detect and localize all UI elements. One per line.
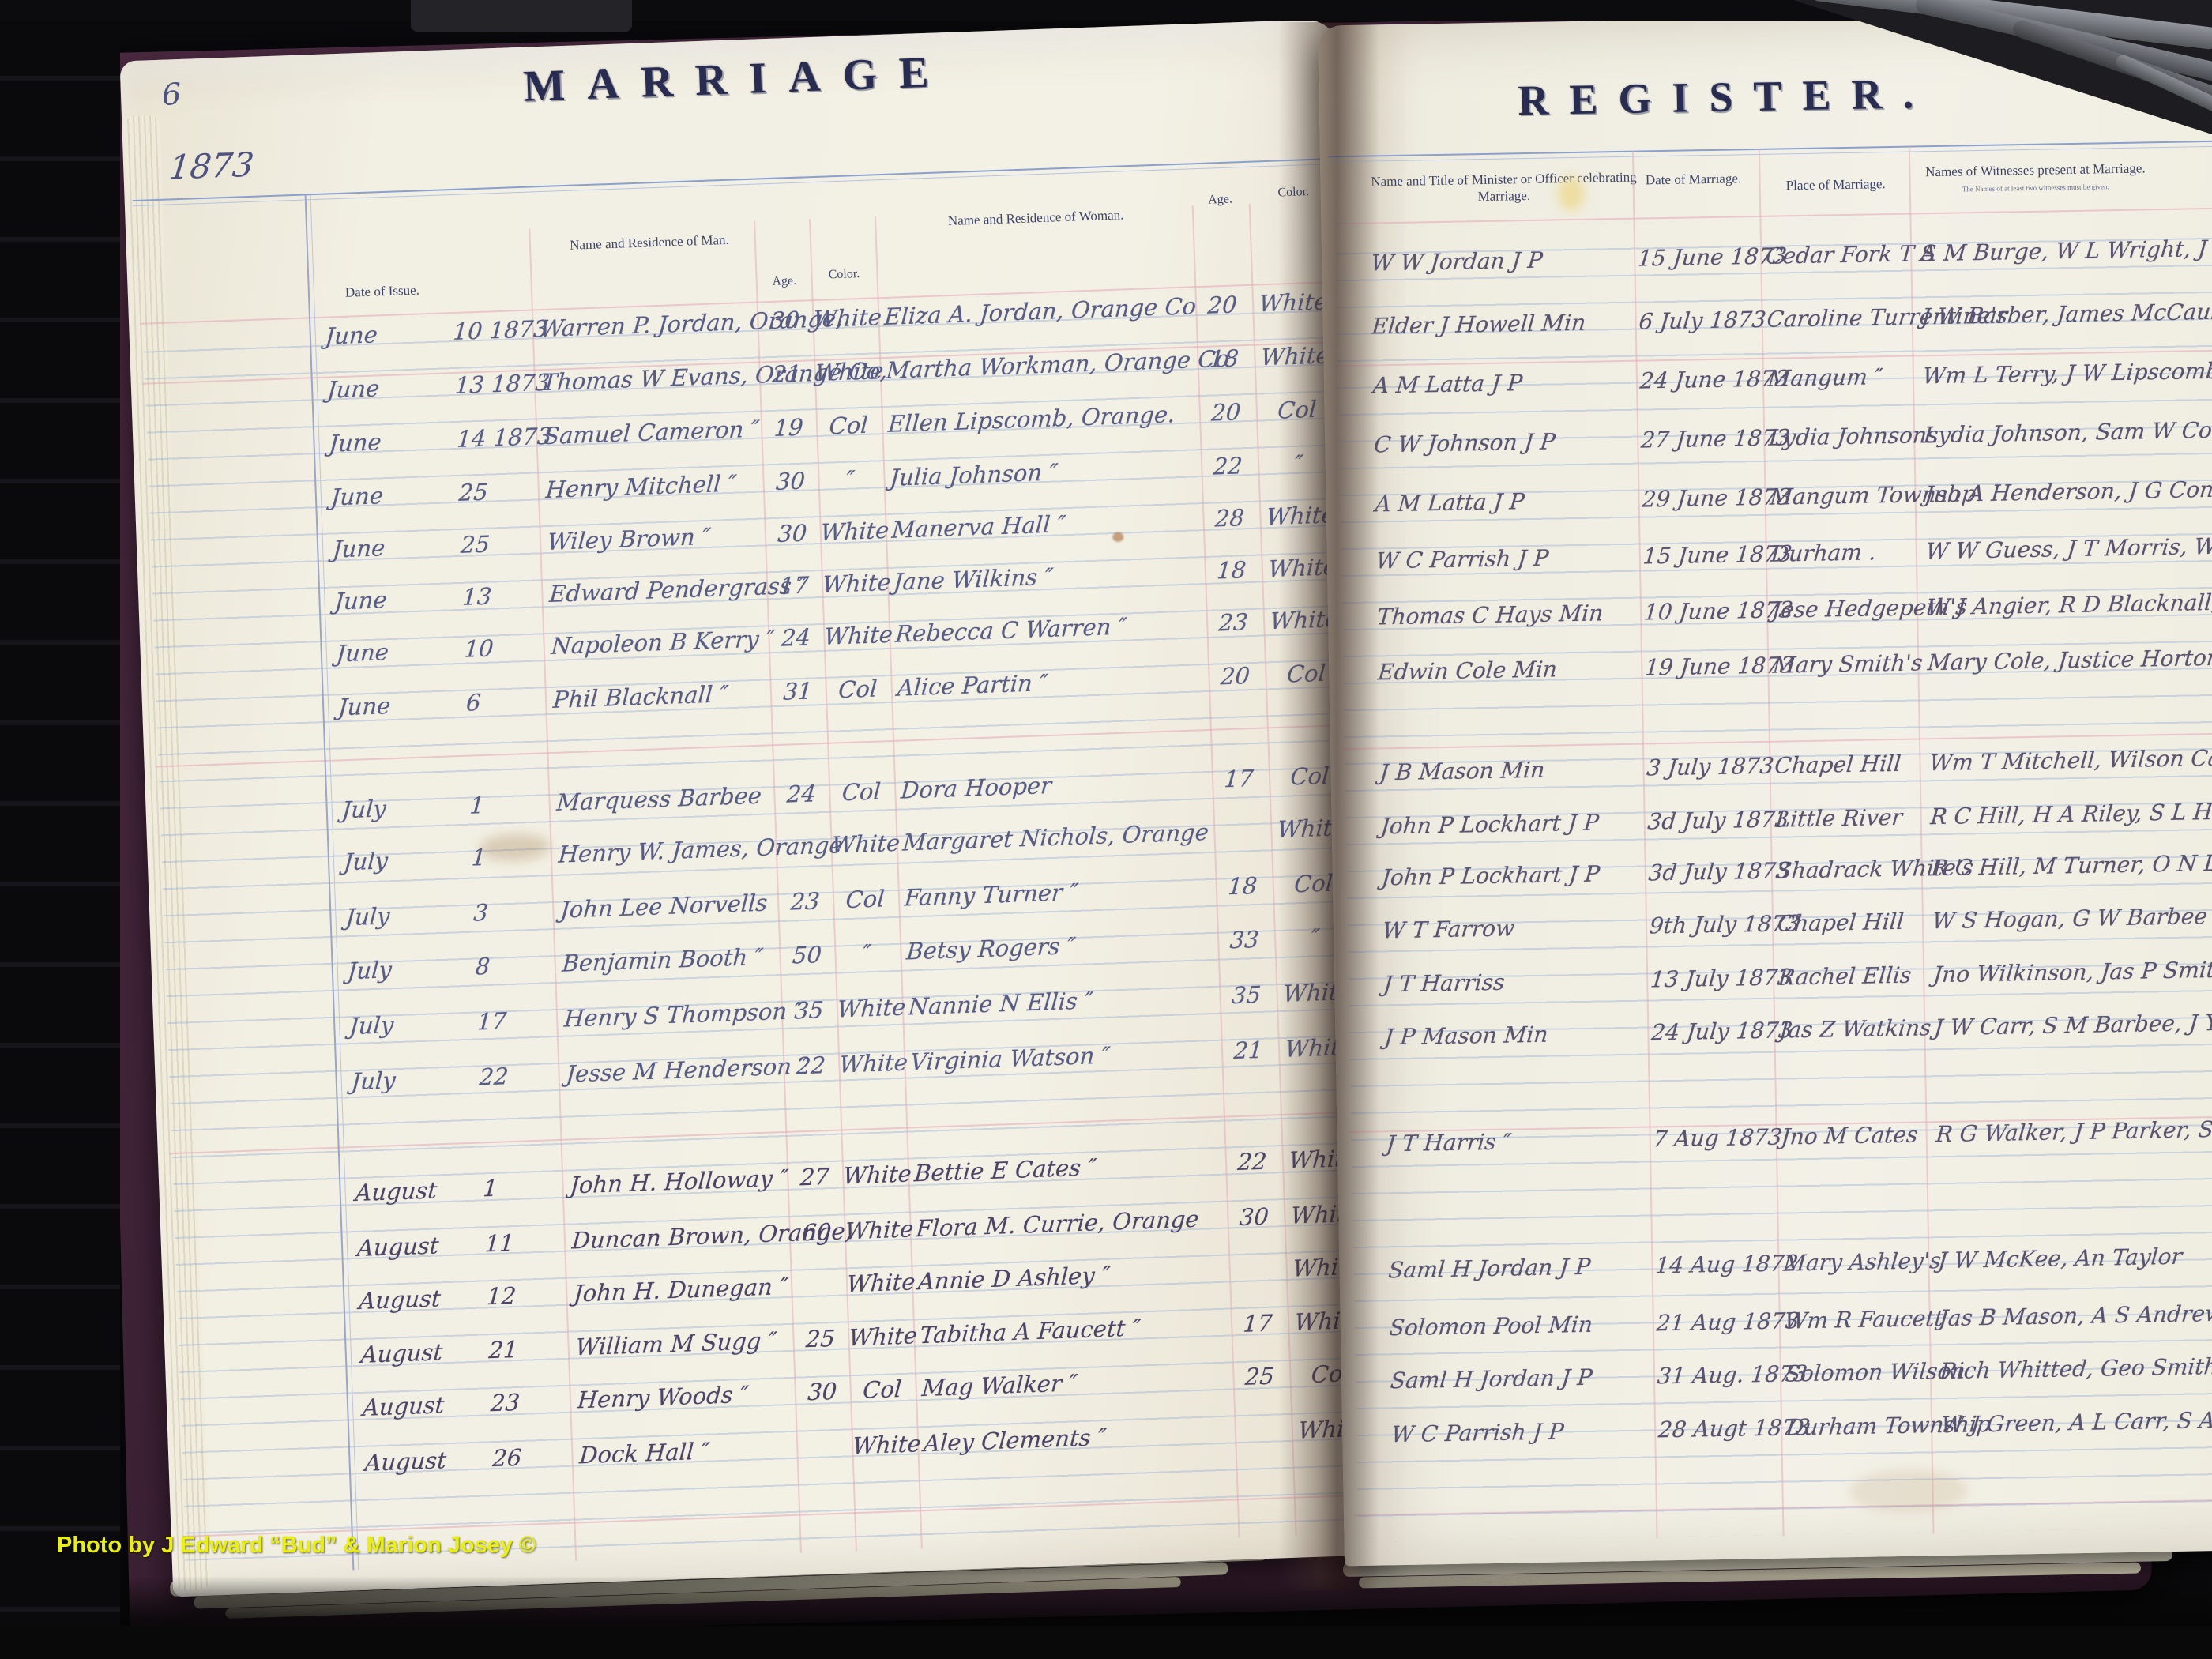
- entry-minister: A M Latta J P: [1374, 488, 1525, 517]
- entry-man-age: 17: [768, 571, 820, 600]
- entry-man-color: White: [812, 303, 877, 333]
- entry-marriage-date: 21 Aug 1873: [1655, 1307, 1800, 1336]
- entry-issue-month: August: [363, 1446, 447, 1477]
- entry-man-age: 31: [772, 677, 824, 705]
- entry-issue-month: June: [332, 534, 386, 562]
- entry-witnesses: A M Burge, W L Wright, J W Jordan: [1920, 234, 2212, 267]
- entry-man-color: ″: [834, 939, 899, 968]
- register-entry-row: W W Jordan J P15 June 1873Cedar Fork T S…: [1322, 235, 2212, 286]
- entry-issue-day: 12: [486, 1282, 517, 1310]
- right-page: REGISTER. Name and Title of Minister or …: [1318, 9, 2212, 1567]
- left-page-title: MARRIAGE: [522, 47, 951, 112]
- entry-minister: John P Lockhart J P: [1380, 861, 1601, 891]
- header-rule: [133, 158, 1340, 201]
- entry-woman-age: 18: [1196, 344, 1251, 373]
- page-number: 6: [161, 77, 182, 112]
- entry-marriage-place: Little River: [1774, 804, 1903, 833]
- entry-marriage-date: 7 Aug 1873: [1652, 1124, 1783, 1153]
- entry-marriage-place: Lydia Johnsons: [1768, 422, 1939, 451]
- entry-man-color: White: [822, 569, 886, 598]
- entry-man-color: Col: [816, 411, 881, 440]
- entry-man-color: White: [838, 1049, 903, 1078]
- entry-man-name: Dock Hall ″: [578, 1438, 710, 1469]
- page-stain: [1849, 1469, 1968, 1514]
- entry-issue-day: 10 1873: [453, 315, 549, 345]
- column-header-man-age: Age.: [772, 273, 796, 290]
- entry-man-name: John H. Dunegan ″: [573, 1273, 789, 1307]
- entry-issue-month: June: [336, 638, 390, 667]
- entry-woman-name: Julia Johnson ″: [889, 458, 1059, 491]
- entry-man-color: White: [837, 994, 901, 1023]
- entry-woman-name: Aley Clements ″: [923, 1424, 1108, 1457]
- entry-witnesses: Mary Cole, Justice Horton, Allis Co: [1927, 643, 2212, 676]
- entry-issue-day: 1: [468, 792, 485, 819]
- entry-man-name: Henry Mitchell ″: [545, 470, 738, 504]
- entry-woman-age: 28: [1202, 504, 1257, 532]
- entry-marriage-place: Cedar Fork T S: [1765, 240, 1938, 269]
- entry-minister: J T Harris ″: [1385, 1129, 1512, 1157]
- column-header-man: Name and Residence of Man.: [570, 231, 729, 254]
- entry-man-color: White: [852, 1430, 916, 1459]
- entry-woman-name: Betsy Rogers ″: [905, 932, 1077, 965]
- entry-man-name: John Lee Norvells: [559, 890, 768, 924]
- register-entry-row: Saml H Jordan J P31 Aug. 1873Solomon Wil…: [1341, 1352, 2212, 1403]
- entry-man-color: White: [848, 1322, 912, 1351]
- entry-woman-age: 22: [1200, 452, 1255, 480]
- header-underline: [1332, 207, 2212, 225]
- entry-witnesses: W J Angier, R D Blacknall, D A Job: [1926, 588, 2212, 621]
- entry-woman-age: 17: [1230, 1309, 1285, 1337]
- register-entry-row: J B Mason Min3 July 1873Chapel HillWm T …: [1330, 744, 2212, 796]
- column-header-woman: Name and Residence of Woman.: [948, 206, 1124, 229]
- column-header-man-color: Color.: [828, 266, 860, 283]
- entry-issue-day: 25: [458, 479, 489, 506]
- entry-woman-name: Martha Workman, Orange Co: [886, 345, 1231, 384]
- entry-woman-age: 17: [1211, 764, 1266, 792]
- register-entry-row: Elder J Howell Min6 July 1873Caroline Tu…: [1322, 298, 2212, 349]
- year-annotation: 1873: [167, 145, 256, 187]
- entry-marriage-date: 24 July 1873: [1650, 1017, 1794, 1045]
- entry-woman-name: Nannie N Ellis ″: [908, 987, 1094, 1020]
- entry-issue-day: 1: [482, 1175, 498, 1202]
- entry-woman-name: Bettie E Cates ″: [913, 1153, 1097, 1187]
- entry-issue-day: 6: [465, 689, 482, 717]
- entry-issue-month: August: [362, 1391, 446, 1421]
- entry-man-age: 24: [769, 623, 822, 652]
- entry-minister: Saml H Jordan J P: [1387, 1254, 1591, 1284]
- register-entry-row: W C Parrish J P15 June 1873Durham .W W G…: [1327, 532, 2212, 584]
- entry-marriage-place: Jas Z Watkins: [1778, 1014, 1932, 1043]
- entry-man-name: William M Sugg ″: [575, 1326, 778, 1360]
- entry-witnesses: W W Guess, J T Morris, W Pendergrass: [1924, 531, 2212, 565]
- entry-minister: W C Parrish J P: [1375, 545, 1549, 574]
- entry-witnesses: W S Hogan, G W Barbee: [1932, 903, 2209, 934]
- entry-woman-age: 21: [1221, 1036, 1276, 1064]
- entry-man-age: 30: [764, 467, 816, 495]
- entry-minister: Elder J Howell Min: [1371, 310, 1586, 340]
- entry-man-color: White: [831, 829, 896, 859]
- entry-minister: Saml H Jordan J P: [1390, 1364, 1593, 1394]
- entry-witnesses: Jno Wilkinson, Jas P Smith, Elizabeth C: [1932, 954, 2212, 987]
- entry-marriage-date: 6 July 1873: [1638, 307, 1767, 335]
- section-rule: [182, 1494, 1385, 1537]
- entry-issue-month: June: [325, 321, 379, 349]
- entry-woman-name: Rebecca C Warren ″: [894, 612, 1128, 647]
- entry-man-age: 35: [783, 996, 835, 1025]
- entry-issue-month: August: [355, 1176, 438, 1206]
- entry-witnesses: Lydia Johnson, Sam W Couton, Martha: [1923, 415, 2212, 449]
- entry-issue-day: 17: [476, 1007, 507, 1035]
- page-stain: [1557, 176, 1585, 212]
- entry-witnesses: R C Hill, H A Riley, S L Hill: [1929, 799, 2212, 830]
- entry-minister: John P Lockhart J P: [1379, 810, 1600, 840]
- entry-witnesses: J W Barber, James McCauley: [1920, 298, 2212, 329]
- entry-man-name: Henry W. James, Orange: [558, 831, 844, 868]
- entry-issue-day: 25: [460, 531, 491, 559]
- entry-marriage-place: Wm R Faucett: [1783, 1305, 1944, 1334]
- entry-man-age: 60: [791, 1217, 843, 1246]
- entry-man-name: Henry Woods ″: [577, 1381, 750, 1414]
- entry-man-age: 27: [788, 1163, 841, 1191]
- register-entry-row: Thomas C Hays Min10 June 1873Jese Hedgep…: [1328, 589, 2212, 640]
- background-top-object: [411, 0, 632, 32]
- entry-woman-age: 23: [1206, 608, 1261, 637]
- entry-minister: W T Farrow: [1382, 915, 1516, 943]
- register-entry-row: Solomon Pool Min21 Aug 1873Wm R FaucettJ…: [1341, 1299, 2212, 1350]
- left-page: 6 MARRIAGE 1873 Date of Issue. Name and …: [120, 19, 1394, 1597]
- entry-minister: J T Harriss: [1382, 969, 1506, 998]
- column-header-woman-age: Age.: [1208, 192, 1232, 209]
- entry-witnesses: Rich Whitted, Geo Smith, Sol W: [1939, 1352, 2212, 1384]
- register-entry-row: W C Parrish J P28 Augt 1873Durham Townsh…: [1342, 1405, 2212, 1457]
- entry-marriage-date: 13 July 1873: [1650, 964, 1793, 992]
- entry-man-age: [799, 1432, 849, 1434]
- entry-man-age: 23: [779, 887, 831, 916]
- column-header-date-of-marriage: Date of Marriage.: [1634, 170, 1752, 189]
- entry-minister: Thomas C Hays Min: [1376, 600, 1604, 630]
- entry-woman-name: Manerva Hall ″: [891, 510, 1067, 544]
- entry-marriage-place: Chapel Hill: [1774, 750, 1902, 779]
- entry-man-name: Marquess Barbee: [555, 782, 762, 816]
- entry-woman-name: Tabitha A Faucett ″: [919, 1314, 1142, 1349]
- entry-minister: Solomon Pool Min: [1388, 1311, 1593, 1341]
- entry-marriage-date: 3d July 1873: [1646, 806, 1790, 834]
- entry-issue-month: August: [358, 1285, 442, 1315]
- entry-man-age: [793, 1271, 844, 1273]
- entry-man-age: 50: [781, 941, 833, 969]
- entry-man-name: Benjamin Booth ″: [562, 943, 765, 977]
- entry-man-color: Col: [829, 777, 893, 807]
- entry-issue-day: 10: [464, 634, 495, 662]
- entry-issue-month: June: [328, 428, 382, 457]
- entry-issue-month: July: [348, 1011, 394, 1040]
- header-rule: [133, 164, 1340, 206]
- entry-man-name: Jesse M Henderson ″: [565, 1052, 808, 1088]
- entry-man-color: Col: [826, 675, 890, 704]
- column-header-minister: Name and Title of Minister or Officer ce…: [1361, 168, 1646, 207]
- entry-issue-month: June: [330, 482, 385, 510]
- entry-man-age: 21: [761, 359, 813, 388]
- entry-woman-age: 30: [1226, 1202, 1281, 1231]
- entry-marriage-place: Rachel Ellis: [1777, 962, 1913, 991]
- entry-man-age: 25: [794, 1324, 846, 1352]
- entry-witnesses: R G Walker, J P Parker, Saml C: [1935, 1115, 2212, 1148]
- entry-issue-month: July: [347, 956, 393, 984]
- entry-woman-age: [1213, 816, 1267, 818]
- entry-witnesses: Wm L Terry, J W Lipscomb, Jno A M: [1921, 355, 2212, 389]
- entry-witnesses: W J Green, A L Carr, S A Thaxton: [1940, 1405, 2212, 1438]
- entry-witnesses: J W McKee, An Taylor: [1937, 1243, 2183, 1273]
- background-left-shelf: [0, 0, 120, 1659]
- background-bottom-strip: [0, 1626, 2212, 1659]
- book-gutter-shadow: [1278, 22, 1379, 1590]
- entry-man-age: 22: [784, 1051, 837, 1080]
- entry-woman-name: Alice Partin ″: [897, 669, 1049, 702]
- bottom-shadow: [0, 1576, 2212, 1631]
- entry-issue-month: July: [351, 1066, 397, 1095]
- entry-man-color: White: [814, 357, 879, 386]
- entry-man-color: White: [820, 517, 885, 546]
- entry-man-color: White: [845, 1216, 909, 1245]
- entry-woman-name: Jane Wilkins ″: [893, 563, 1055, 596]
- register-entry-row: John P Lockhart J P3d July 1873Little Ri…: [1331, 798, 2212, 849]
- right-page-title: REGISTER.: [1518, 69, 1935, 125]
- entry-man-color: White: [823, 621, 888, 650]
- entry-issue-day: 26: [491, 1444, 522, 1472]
- entry-woman-name: Dora Hooper: [900, 772, 1052, 804]
- entry-issue-day: 23: [490, 1389, 521, 1416]
- entry-marriage-date: 3 July 1873: [1646, 753, 1775, 781]
- entry-issue-month: June: [337, 692, 392, 720]
- entry-issue-month: July: [344, 902, 390, 931]
- entry-man-color: Col: [833, 885, 897, 914]
- register-entry-row: Edwin Cole Min19 June 1873Mary Smith'sMa…: [1329, 644, 2212, 695]
- entry-minister: Edwin Cole Min: [1377, 656, 1558, 685]
- entry-woman-age: 35: [1218, 980, 1273, 1009]
- entry-man-color: Col: [850, 1375, 915, 1404]
- entry-woman-age: 20: [1198, 398, 1254, 427]
- entry-woman-age: 22: [1224, 1147, 1280, 1176]
- entry-man-age: 30: [796, 1377, 848, 1405]
- entry-marriage-date: 14 Aug 1872: [1654, 1250, 1800, 1278]
- entry-minister: W W Jordan J P: [1370, 247, 1544, 276]
- entry-man-age: 30: [758, 306, 811, 334]
- entry-woman-age: [1228, 1255, 1282, 1257]
- entry-man-age: 19: [762, 413, 814, 442]
- register-entry-row: C W Johnson J P27 June 1873Lydia Johnson…: [1325, 416, 2212, 468]
- entry-woman-age: 33: [1217, 925, 1272, 954]
- entry-witnesses: Jno A Henderson, J G Conrad, Willis H: [1924, 474, 2212, 508]
- entry-man-name: Henry S Thompson ″: [563, 997, 803, 1033]
- register-entry-row: A M Latta J P29 June 1873Mangum TownshpJ…: [1326, 476, 2212, 527]
- entry-marriage-place: Chapel Hill: [1777, 908, 1905, 937]
- entry-minister: W C Parrish J P: [1390, 1418, 1565, 1447]
- entry-woman-age: 20: [1194, 291, 1250, 319]
- entry-marriage-place: Mary Smith's: [1772, 649, 1924, 678]
- entry-woman-name: Fanny Turner ″: [904, 878, 1079, 912]
- entry-woman-age: 18: [1204, 556, 1259, 585]
- entry-marriage-place: Mary Ashley's: [1782, 1247, 1942, 1277]
- entry-woman-age: 20: [1207, 662, 1262, 690]
- entry-man-age: 30: [766, 519, 818, 547]
- register-entry-row: Saml H Jordan J P14 Aug 1872Mary Ashley'…: [1339, 1241, 2212, 1292]
- entry-issue-day: 22: [478, 1063, 509, 1090]
- entry-marriage-date: 3d July 1873: [1647, 857, 1791, 886]
- entry-issue-day: 3: [472, 899, 489, 927]
- section-rule: [169, 1111, 1371, 1154]
- entry-marriage-place: Durham .: [1770, 539, 1877, 566]
- entry-witnesses: Jas B Mason, A S Andrews, Albert C: [1938, 1298, 2212, 1331]
- column-header-date-of-issue: Date of Issue.: [345, 281, 420, 301]
- entry-issue-day: 8: [475, 953, 491, 980]
- entry-woman-name: Margaret Nichols, Orange: [901, 818, 1209, 856]
- entry-man-age: 24: [775, 780, 827, 808]
- entry-witnesses: R C Hill, M Turner, O N Lockhart: [1930, 848, 2212, 881]
- entry-issue-day: 13: [461, 582, 492, 610]
- entry-man-color: ″: [818, 465, 882, 494]
- entry-woman-name: Annie D Ashley ″: [917, 1262, 1112, 1296]
- column-header-witnesses: Names of Witnesses present at Marriage.: [1865, 159, 2205, 182]
- entry-marriage-place: Jno M Cates: [1780, 1122, 1919, 1150]
- entry-issue-day: 14 1873: [456, 423, 552, 453]
- entry-woman-name: Virginia Watson ″: [909, 1042, 1111, 1076]
- entry-man-name: John H. Holloway ″: [569, 1164, 789, 1199]
- entry-minister: J P Mason Min: [1383, 1021, 1549, 1051]
- entry-minister: A M Latta J P: [1372, 370, 1524, 398]
- entry-man-name: Napoleon B Kerry ″: [551, 625, 776, 660]
- entry-woman-name: Flora M. Currie, Orange: [916, 1206, 1200, 1243]
- column-header-witnesses-note: The Names of at least two witnesses must…: [1870, 181, 2202, 196]
- entry-minister: J B Mason Min: [1379, 757, 1546, 786]
- entry-witnesses: Wm T Mitchell, Wilson Caldwell, J: [1928, 743, 2212, 776]
- entry-man-name: Samuel Cameron ″: [543, 416, 760, 450]
- entry-issue-day: 21: [488, 1336, 519, 1364]
- entry-witnesses: J W Carr, S M Barbee, J Y W: [1933, 1009, 2212, 1040]
- entry-woman-name: Mag Walker ″: [921, 1369, 1079, 1401]
- register-entry-row: J T Harris ″7 Aug 1873Jno M CatesR G Wal…: [1337, 1115, 2212, 1166]
- entry-issue-month: June: [333, 586, 388, 615]
- entry-man-name: Phil Blacknall ″: [552, 680, 729, 713]
- entry-man-color: White: [846, 1269, 911, 1298]
- section-rule: [156, 724, 1358, 767]
- entry-woman-age: 18: [1215, 871, 1270, 900]
- entry-minister: C W Johnson J P: [1373, 428, 1556, 457]
- entry-issue-month: July: [343, 847, 389, 875]
- entry-issue-month: August: [356, 1232, 440, 1262]
- entry-issue-month: August: [360, 1338, 444, 1368]
- entry-issue-month: July: [341, 795, 387, 823]
- entry-woman-name: Ellen Lipscomb, Orange.: [887, 401, 1176, 438]
- photographer-watermark: Photo by J Edward “Bud” & Marion Josey ©: [57, 1533, 536, 1559]
- entry-marriage-place: Mangum ″: [1767, 363, 1884, 392]
- entry-issue-day: 11: [484, 1229, 515, 1257]
- entry-man-color: White: [842, 1161, 907, 1190]
- photo-of-marriage-register: 6 MARRIAGE 1873 Date of Issue. Name and …: [0, 0, 2212, 1659]
- entry-issue-month: June: [326, 374, 381, 403]
- entry-woman-name: Eliza A. Jordan, Orange Co: [883, 292, 1197, 330]
- entry-issue-day: 13 1873: [454, 369, 551, 399]
- entry-man-name: Wiley Brown ″: [547, 523, 712, 555]
